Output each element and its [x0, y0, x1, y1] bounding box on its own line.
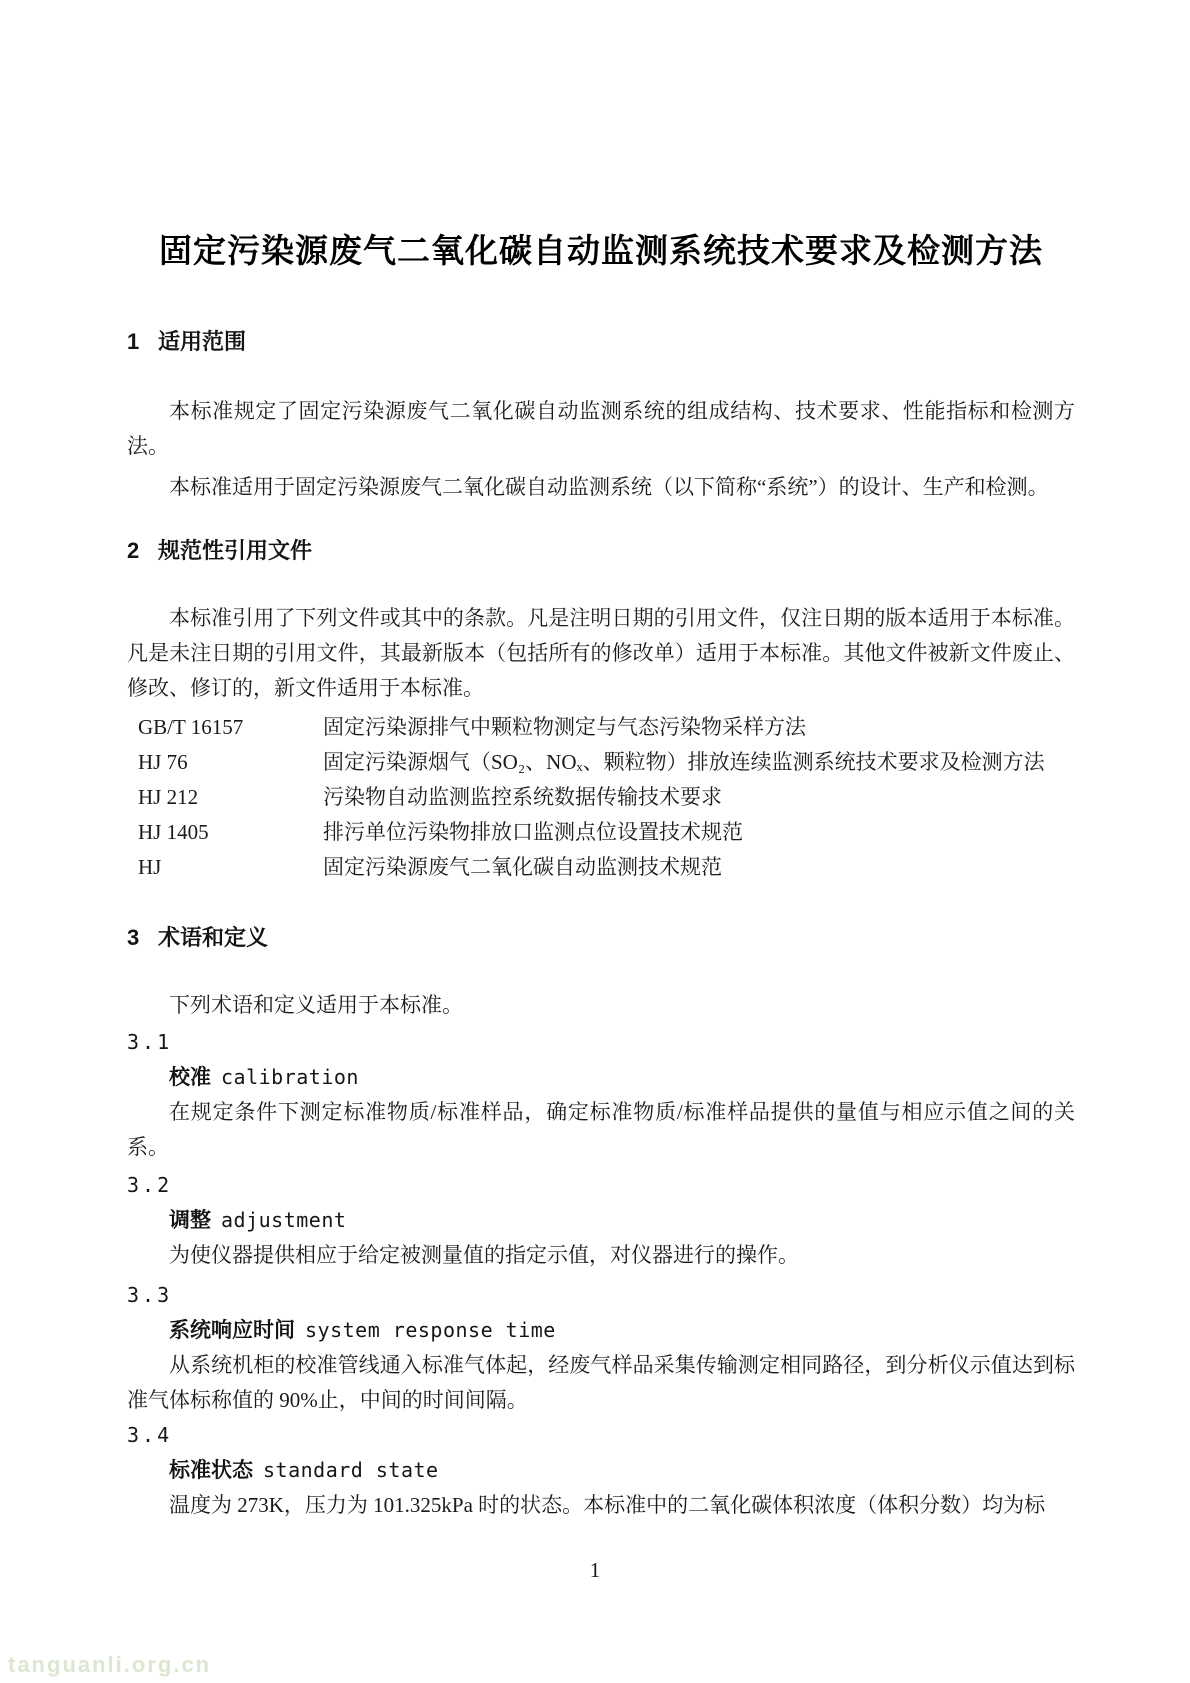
term-definition: 为使仪器提供相应于给定被测量值的指定示值，对仪器进行的操作。 — [127, 1238, 1075, 1273]
reference-title: 固定污染源烟气（SO₂、NOₓ、颗粒物）排放连续监测系统技术要求及检测方法 — [323, 745, 1075, 780]
reference-row: GB/T 16157 固定污染源排气中颗粒物测定与气态污染物采样方法 — [127, 710, 1075, 745]
term-definition: 从系统机柜的校准管线通入标准气体起，经废气样品采集传输测定相同路径，到分析仪示值… — [127, 1348, 1075, 1418]
references-list: GB/T 16157 固定污染源排气中颗粒物测定与气态污染物采样方法 HJ 76… — [127, 710, 1075, 885]
reference-title: 固定污染源排气中颗粒物测定与气态污染物采样方法 — [323, 710, 1075, 745]
reference-code: HJ 1405 — [127, 815, 323, 850]
section-1-paragraph-2: 本标准适用于固定污染源废气二氧化碳自动监测系统（以下简称“系统”）的设计、生产和… — [127, 470, 1075, 505]
section-2-title: 规范性引用文件 — [158, 538, 312, 563]
reference-title: 固定污染源废气二氧化碳自动监测技术规范 — [323, 850, 1075, 885]
section-2-heading: 2规范性引用文件 — [127, 537, 1075, 565]
reference-row: HJ 76 固定污染源烟气（SO₂、NOₓ、颗粒物）排放连续监测系统技术要求及检… — [127, 745, 1075, 780]
section-3-heading: 3术语和定义 — [127, 924, 1075, 952]
section-2-intro: 本标准引用了下列文件或其中的条款。凡是注明日期的引用文件，仅注日期的版本适用于本… — [127, 601, 1075, 706]
reference-code: HJ — [127, 850, 323, 885]
term-definition: 温度为 273K，压力为 101.325kPa 时的状态。本标准中的二氧化碳体积… — [127, 1488, 1075, 1523]
reference-code: HJ 76 — [127, 745, 323, 780]
section-1-number: 1 — [127, 328, 158, 356]
term-block: 3.3 系统响应时间system response time 从系统机柜的校准管… — [127, 1278, 1075, 1418]
section-1-paragraph-1: 本标准规定了固定污染源废气二氧化碳自动监测系统的组成结构、技术要求、性能指标和检… — [127, 394, 1075, 464]
section-3-number: 3 — [127, 924, 158, 952]
term-name-zh: 调整 — [169, 1209, 211, 1232]
term-name-zh: 系统响应时间 — [169, 1319, 295, 1342]
term-name-en: standard state — [263, 1458, 439, 1482]
document-title: 固定污染源废气二氧化碳自动监测系统技术要求及检测方法 — [127, 230, 1075, 272]
reference-row: HJ 212 污染物自动监测监控系统数据传输技术要求 — [127, 780, 1075, 815]
document-page: 固定污染源废气二氧化碳自动监测系统技术要求及检测方法 1适用范围 本标准规定了固… — [0, 0, 1190, 1683]
reference-title: 污染物自动监测监控系统数据传输技术要求 — [323, 780, 1075, 815]
term-block: 3.1 校准calibration 在规定条件下测定标准物质/标准样品，确定标准… — [127, 1025, 1075, 1165]
term-name-en: adjustment — [221, 1208, 346, 1232]
term-name: 校准calibration — [127, 1060, 1075, 1095]
reference-title: 排污单位污染物排放口监测点位设置技术规范 — [323, 815, 1075, 850]
term-block: 3.4 标准状态standard state 温度为 273K，压力为 101.… — [127, 1418, 1075, 1523]
page-number: 1 — [0, 1555, 1190, 1585]
section-2-number: 2 — [127, 537, 158, 565]
term-number: 3.1 — [127, 1025, 1075, 1060]
section-3-title: 术语和定义 — [158, 925, 268, 950]
term-name: 调整adjustment — [127, 1203, 1075, 1238]
watermark: tanguanli.org.cn — [8, 1652, 211, 1678]
reference-row: HJ 固定污染源废气二氧化碳自动监测技术规范 — [127, 850, 1075, 885]
section-1-heading: 1适用范围 — [127, 328, 1075, 356]
section-3-intro: 下列术语和定义适用于本标准。 — [127, 988, 1075, 1023]
term-block: 3.2 调整adjustment 为使仪器提供相应于给定被测量值的指定示值，对仪… — [127, 1168, 1075, 1273]
term-number: 3.4 — [127, 1418, 1075, 1453]
term-number: 3.3 — [127, 1278, 1075, 1313]
term-number: 3.2 — [127, 1168, 1075, 1203]
term-name-zh: 标准状态 — [169, 1459, 253, 1482]
section-1-title: 适用范围 — [158, 329, 246, 354]
term-definition: 在规定条件下测定标准物质/标准样品，确定标准物质/标准样品提供的量值与相应示值之… — [127, 1095, 1075, 1165]
term-name-zh: 校准 — [169, 1066, 211, 1089]
reference-code: GB/T 16157 — [127, 710, 323, 745]
term-name: 标准状态standard state — [127, 1453, 1075, 1488]
page-content: 固定污染源废气二氧化碳自动监测系统技术要求及检测方法 1适用范围 本标准规定了固… — [127, 0, 1075, 1523]
term-name: 系统响应时间system response time — [127, 1313, 1075, 1348]
term-name-en: calibration — [221, 1065, 359, 1089]
term-name-en: system response time — [305, 1318, 556, 1342]
reference-code: HJ 212 — [127, 780, 323, 815]
reference-row: HJ 1405 排污单位污染物排放口监测点位设置技术规范 — [127, 815, 1075, 850]
